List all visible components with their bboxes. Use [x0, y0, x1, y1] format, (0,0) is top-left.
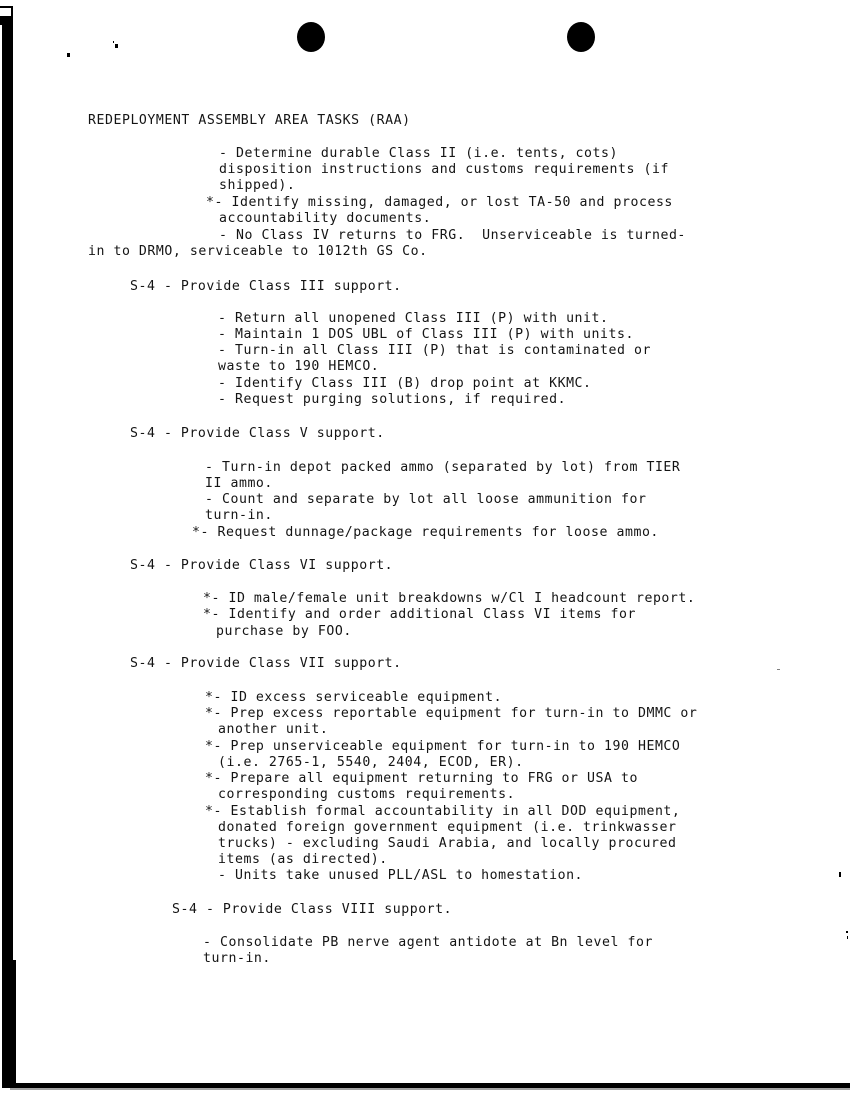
- task-line: - Determine durable Class II (i.e. tents…: [219, 146, 618, 162]
- scan-speck: [777, 669, 780, 670]
- task-line: purchase by FOO.: [216, 624, 352, 640]
- scan-border-left: [2, 16, 13, 1088]
- task-line: corresponding customs requirements.: [218, 787, 515, 803]
- scan-speck: [847, 936, 848, 939]
- section-heading: S-4 - Provide Class V support.: [130, 426, 385, 442]
- task-line: *- Prep excess reportable equipment for …: [205, 706, 697, 722]
- task-line: *- Identify missing, damaged, or lost TA…: [206, 195, 673, 211]
- task-line: *- Prep unserviceable equipment for turn…: [205, 739, 680, 755]
- task-line: (i.e. 2765-1, 5540, 2404, ECOD, ER).: [218, 755, 524, 771]
- scan-border-left-lower: [11, 960, 16, 1088]
- task-line: shipped).: [219, 178, 295, 194]
- task-line: *- Request dunnage/package requirements …: [192, 525, 659, 541]
- scan-speck: [115, 44, 118, 48]
- section-heading: S-4 - Provide Class VI support.: [130, 558, 393, 574]
- task-line: donated foreign government equipment (i.…: [218, 820, 676, 836]
- task-line: items (as directed).: [218, 852, 388, 868]
- task-line: accountability documents.: [219, 211, 431, 227]
- task-line: - Turn-in depot packed ammo (separated b…: [205, 460, 680, 476]
- task-line: *- Prepare all equipment returning to FR…: [205, 771, 638, 787]
- task-line: turn-in.: [203, 951, 271, 967]
- scan-speck: [113, 41, 114, 43]
- document-title: REDEPLOYMENT ASSEMBLY AREA TASKS (RAA): [88, 113, 411, 129]
- task-line: - Units take unused PLL/ASL to homestati…: [218, 868, 583, 884]
- document-page: REDEPLOYMENT ASSEMBLY AREA TASKS (RAA) -…: [0, 0, 850, 1097]
- scan-speck: [67, 53, 70, 57]
- task-line: disposition instructions and customs req…: [219, 162, 669, 178]
- task-line: - Return all unopened Class III (P) with…: [218, 311, 609, 327]
- section-heading: S-4 - Provide Class VII support.: [130, 656, 402, 672]
- punch-hole-left: [297, 22, 325, 52]
- task-line: - Maintain 1 DOS UBL of Class III (P) wi…: [218, 327, 634, 343]
- task-line: *- ID excess serviceable equipment.: [205, 690, 502, 706]
- task-line: *- Identify and order additional Class V…: [203, 607, 636, 623]
- task-line: trucks) - excluding Saudi Arabia, and lo…: [218, 836, 676, 852]
- section-heading: S-4 - Provide Class VIII support.: [172, 902, 452, 918]
- task-line: - Consolidate PB nerve agent antidote at…: [203, 935, 653, 951]
- scan-speck: [846, 931, 848, 933]
- scan-speck: [839, 872, 841, 877]
- task-line: *- ID male/female unit breakdowns w/Cl I…: [203, 591, 695, 607]
- task-line: - Request purging solutions, if required…: [218, 392, 566, 408]
- task-line: *- Establish formal accountability in al…: [205, 804, 680, 820]
- task-line: II ammo.: [205, 476, 273, 492]
- section-heading: S-4 - Provide Class III support.: [130, 279, 402, 295]
- task-line: turn-in.: [205, 508, 273, 524]
- task-line: another unit.: [218, 722, 328, 738]
- task-line: waste to 190 HEMCO.: [218, 359, 379, 375]
- task-line: - No Class IV returns to FRG. Unservicea…: [219, 228, 686, 244]
- task-line: in to DRMO, serviceable to 1012th GS Co.: [88, 244, 428, 260]
- task-line: - Identify Class III (B) drop point at K…: [218, 376, 592, 392]
- task-line: - Turn-in all Class III (P) that is cont…: [218, 343, 651, 359]
- scan-border-bottom-shadow: [10, 1088, 850, 1090]
- task-line: - Count and separate by lot all loose am…: [205, 492, 646, 508]
- punch-hole-right: [567, 22, 595, 52]
